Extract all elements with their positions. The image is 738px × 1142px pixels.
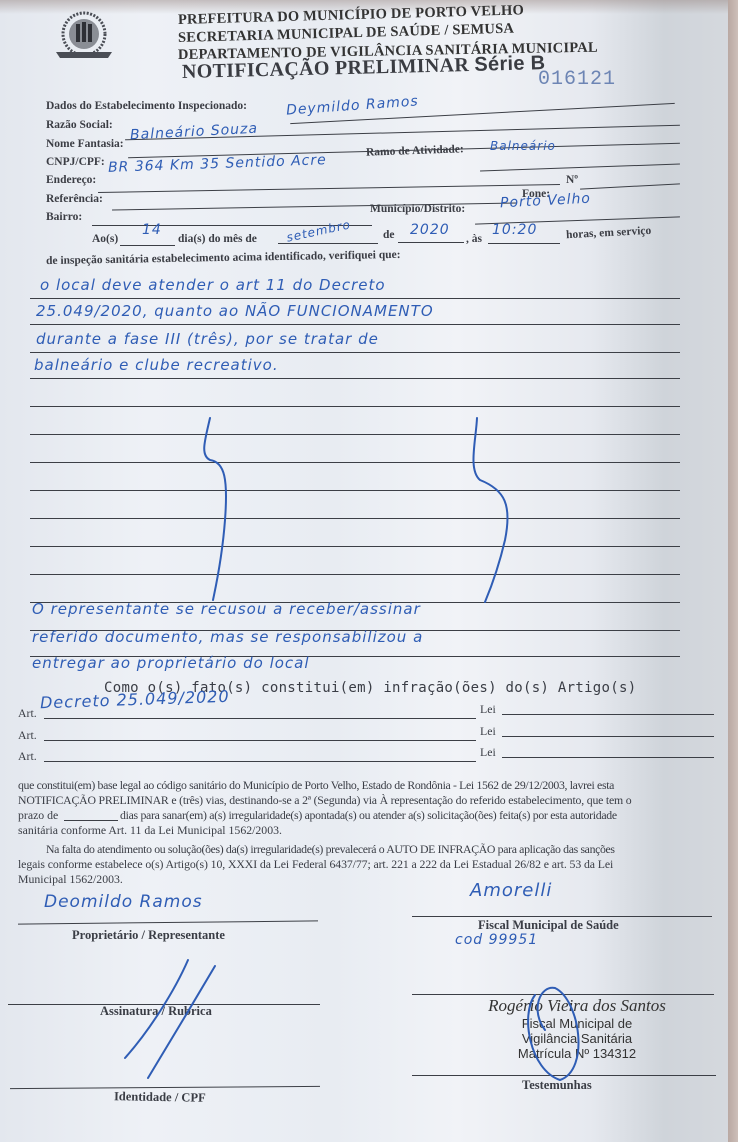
legal-p2-line3: Municipal 1562/2003. [18, 872, 123, 887]
findings-rule [30, 352, 680, 353]
time-prefix: , às [466, 233, 482, 245]
fiscal-stamp: Rogério Vieira dos Santos Fiscal Municip… [452, 996, 702, 1061]
stamp-name: Rogério Vieira dos Santos [452, 996, 702, 1016]
findings-rule [30, 406, 680, 407]
findings-rule [30, 490, 680, 491]
stamp-role-1: Fiscal Municipal de [452, 1016, 702, 1031]
findings-rule [30, 298, 680, 299]
lei-field [502, 757, 714, 758]
art-field [44, 761, 476, 762]
legal-p1-line1: que constitui(em) base legal ao código s… [18, 778, 614, 793]
serial-number: 016121 [538, 68, 616, 91]
municipal-seal-icon [50, 8, 118, 64]
numero-label: Nº [566, 174, 578, 186]
assinatura-label: Assinatura / Rubrica [100, 1004, 212, 1019]
time-value: 10:20 [492, 222, 537, 238]
year-value: 2020 [410, 222, 450, 238]
finding-line-2: 25.049/2020, quanto ao NÃO FUNCIONAMENTO [36, 302, 434, 320]
endereco-label: Endereço: [46, 174, 96, 186]
art-label: Art. [18, 749, 37, 764]
owner-signature: Deomildo Ramos [44, 892, 203, 912]
finding-line-1: o local deve atender o art 11 do Decreto [40, 276, 386, 294]
identidade-label: Identidade / CPF [114, 1089, 206, 1106]
signature-rule [412, 916, 712, 917]
findings-rule [30, 378, 680, 379]
day-rule [120, 245, 175, 246]
legal-p2-line2: legais conforme estabelece o(s) Artigo(s… [18, 857, 613, 872]
findings-rule [30, 462, 680, 463]
ramo-value: Balneário [490, 139, 556, 153]
referencia-label: Referência: [46, 193, 103, 205]
art-label: Art. [18, 706, 37, 721]
stamp-registration: Matrícula Nº 134312 [452, 1046, 702, 1061]
date-prefix: Ao(s) [92, 233, 118, 245]
findings-rule [30, 518, 680, 519]
fiscal-signature: Amorelli [470, 880, 552, 901]
closing-line-1: O representante se recusou a receber/ass… [32, 600, 421, 618]
art-label: Art. [18, 728, 37, 743]
lei-field [502, 736, 714, 737]
lei-label: Lei [480, 745, 496, 760]
signature-rule [412, 994, 714, 995]
closing-line-2: referido documento, mas se responsabiliz… [32, 628, 423, 646]
lei-label: Lei [480, 724, 496, 739]
section-label: Dados do Estabelecimento Inspecionado: [46, 100, 247, 112]
testemunhas-label: Testemunhas [522, 1078, 592, 1093]
year-prefix: de [383, 229, 395, 241]
series-label: Série B [474, 52, 546, 76]
art-field [44, 740, 476, 741]
background-edge [728, 0, 738, 1142]
stamp-role-2: Vigilância Sanitária [452, 1031, 702, 1046]
fiscal-code: cod 99951 [455, 932, 538, 948]
bairro-label: Bairro: [46, 211, 82, 223]
art-field [44, 718, 476, 719]
cnpj-label: CNPJ/CPF: [46, 156, 105, 168]
year-rule [398, 242, 464, 243]
owner-label: Proprietário / Representante [72, 928, 225, 943]
findings-rule [30, 546, 680, 547]
legal-p1-line3-prefix: prazo de [18, 808, 58, 823]
nome-fantasia-label: Nome Fantasia: [46, 138, 124, 150]
legal-p1-line2: NOTIFICAÇÃO PRELIMINAR e (três) vias, de… [18, 793, 631, 808]
finding-line-3: durante a fase III (três), por se tratar… [36, 330, 379, 348]
lei-label: Lei [480, 702, 496, 717]
legal-p1-line3-suffix: dias para sanar(em) a(s) irregularidade(… [120, 808, 617, 823]
lei-field [502, 714, 714, 715]
finding-line-4: balneário e clube recreativo. [34, 356, 279, 374]
month-rule [278, 243, 378, 244]
time-rule [488, 243, 560, 244]
legal-p2-line1: Na falta do atendimento ou solução(ões) … [46, 842, 615, 857]
razao-social-label: Razão Social: [46, 119, 113, 131]
days-rule [64, 820, 118, 821]
day-suffix: dia(s) do mês de [178, 233, 257, 245]
fiscal-label: Fiscal Municipal de Saúde [478, 918, 619, 933]
findings-rule [30, 574, 680, 575]
closing-line-3: entregar ao proprietário do local [32, 654, 310, 672]
day-value: 14 [142, 222, 162, 238]
findings-rule [30, 434, 680, 435]
legal-p1-line4: sanitária conforme Art. 11 da Lei Munici… [18, 823, 282, 838]
signature-rule [412, 1075, 716, 1076]
findings-rule [30, 324, 680, 325]
